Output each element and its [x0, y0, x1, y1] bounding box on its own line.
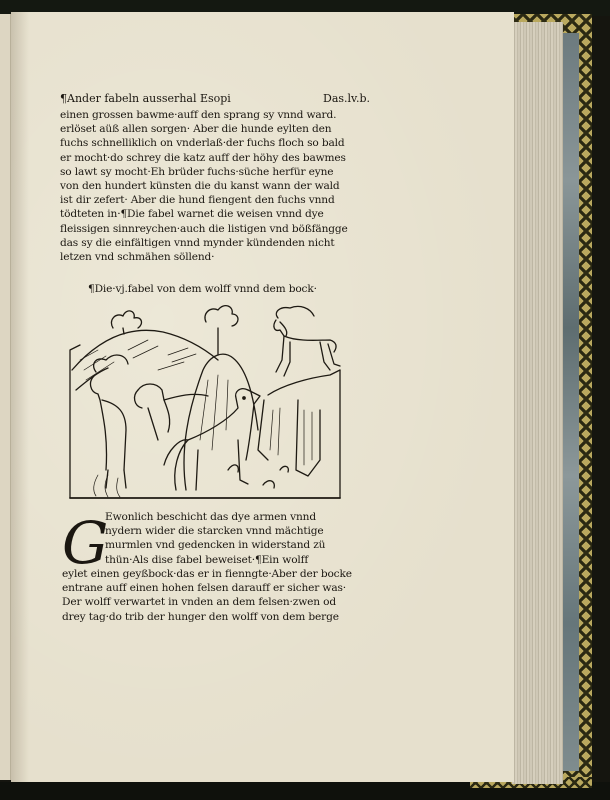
marbled-endpaper [563, 33, 579, 771]
text-line: thün·Als dise fabel beweiset·¶Ein wolff [105, 553, 325, 567]
folio-number: Das.lv.b. [323, 92, 370, 105]
text-line: eylet einen geyßbock·das er in fienngte·… [62, 567, 352, 581]
paragraph-2-full: eylet einen geyßbock·das er in fienngte·… [62, 567, 352, 624]
fable-heading: ¶Die·vj.fabel von dem wolff vnnd dem boc… [88, 282, 317, 297]
paragraph-1: einen grossen bawme·auff den sprang sy v… [60, 108, 348, 264]
text-line: drey tag·do trib der hunger den wolff vo… [62, 610, 352, 624]
woodcut-illustration [68, 300, 373, 502]
gutter-shadow [11, 12, 29, 782]
text-line: fleissigen sinnreychen·auch die listigen… [60, 222, 348, 236]
text-line: ist dir zefert· Aber die hund fiengent d… [60, 193, 348, 207]
page-edges-stack [512, 22, 563, 784]
drop-cap-initial: G [62, 515, 104, 571]
text-line: er mocht·do schrey die katz auff der höh… [60, 151, 348, 165]
text-line: einen grossen bawme·auff den sprang sy v… [60, 108, 348, 122]
text-line: so lawt sy mocht·Eh brüder fuchs·süche h… [60, 165, 348, 179]
text-line: letzen vnd schmähen söllend· [60, 250, 348, 264]
text-line: von den hundert künsten die du kanst wan… [60, 179, 348, 193]
text-line: murmlen vnd gedencken in widerstand zü [105, 538, 325, 552]
text-line: nydern wider die starcken vnnd mächtige [105, 524, 325, 538]
text-line: tödteten in·¶Die fabel warnet die weisen… [60, 207, 348, 221]
text-line: das sy die einfältigen vnnd mynder künde… [60, 236, 348, 250]
running-head-title: ¶Ander fabeln ausserhal Esopi [60, 92, 231, 105]
paragraph-2-indented: Ewonlich beschicht das dye armen vnnd ny… [105, 510, 325, 567]
text-line: Ewonlich beschicht das dye armen vnnd [105, 510, 325, 524]
text-line: erlöset aüß allen sorgen· Aber die hunde… [60, 122, 348, 136]
text-line: fuchs schnelliklich on vnderlaß·der fuch… [60, 136, 348, 150]
running-head: ¶Ander fabeln ausserhal Esopi Das.lv.b. [60, 92, 370, 108]
facing-page-edge [0, 14, 11, 780]
text-line: entrane auff einen hohen felsen darauff … [62, 581, 352, 595]
text-line: Der wolff verwartet in vnden an dem fels… [62, 595, 352, 609]
